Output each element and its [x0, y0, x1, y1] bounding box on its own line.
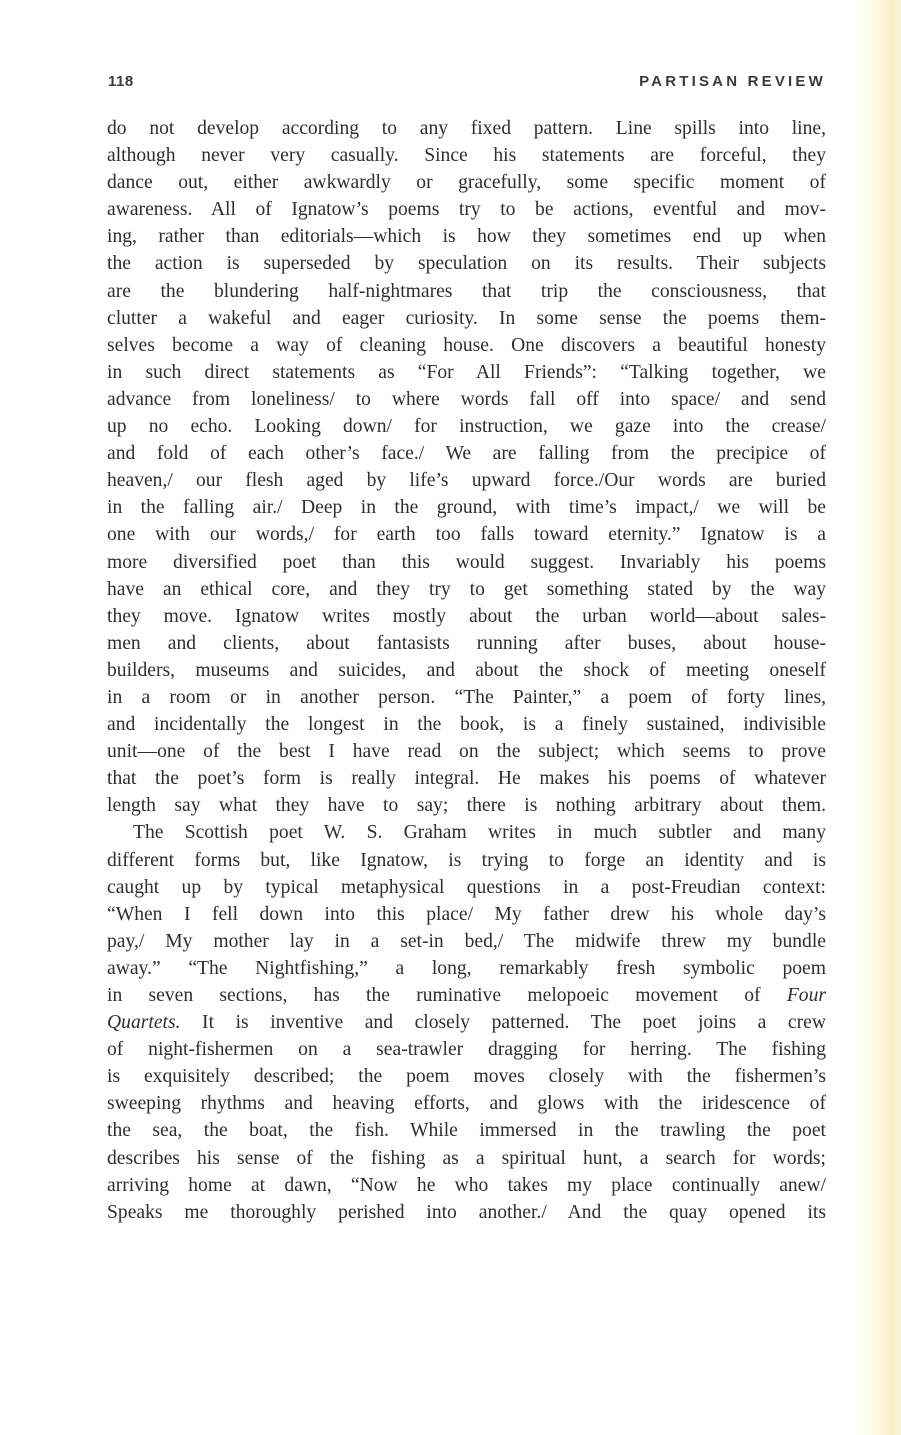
text-line: different forms but, like Ignatow, is tr…: [107, 847, 826, 874]
text-line: up no echo. Looking down/ for instructio…: [107, 413, 826, 440]
text-line: clutter a wakeful and eager curiosity. I…: [107, 305, 826, 332]
text-line: Speaks me thoroughly perished into anoth…: [107, 1199, 826, 1226]
text-line: unit—one of the best I have read on the …: [107, 738, 826, 765]
text-line: are the blundering half-nightmares that …: [107, 278, 826, 305]
text-line: and fold of each other’s face./ We are f…: [107, 440, 826, 467]
text-line: the sea, the boat, the fish. While immer…: [107, 1117, 826, 1144]
text-line: awareness. All of Ignatow’s poems try to…: [107, 196, 826, 223]
body-text: do not develop according to any fixed pa…: [107, 115, 826, 1226]
text-line: in such direct statements as “For All Fr…: [107, 359, 826, 386]
text-line: in the falling air./ Deep in the ground,…: [107, 494, 826, 521]
text-line: Quartets. It is inventive and closely pa…: [107, 1009, 826, 1036]
text-line: heaven,/ our flesh aged by life’s upward…: [107, 467, 826, 494]
italic-title: Four: [787, 985, 826, 1006]
text-line: The Scottish poet W. S. Graham writes in…: [107, 819, 826, 846]
text-line: “When I fell down into this place/ My fa…: [107, 901, 826, 928]
book-page: 118 PARTISAN REVIEW do not develop accor…: [0, 0, 901, 1435]
text-line: builders, museums and suicides, and abou…: [107, 657, 826, 684]
text-line: arriving home at dawn, “Now he who takes…: [107, 1172, 826, 1199]
paragraph-graham: The Scottish poet W. S. Graham writes in…: [107, 819, 826, 1225]
text-line: is exquisitely described; the poem moves…: [107, 1063, 826, 1090]
text-line: selves become a way of cleaning house. O…: [107, 332, 826, 359]
text-line: dance out, either awkwardly or gracefull…: [107, 169, 826, 196]
text-line: away.” “The Nightfishing,” a long, remar…: [107, 955, 826, 982]
text-line: of night-fishermen on a sea-trawler drag…: [107, 1036, 826, 1063]
text-line: and incidentally the longest in the book…: [107, 711, 826, 738]
text-line: the action is superseded by speculation …: [107, 250, 826, 277]
journal-title: PARTISAN REVIEW: [639, 73, 826, 90]
text-line: one with our words,/ for earth too falls…: [107, 521, 826, 548]
text-line: more diversified poet than this would su…: [107, 549, 826, 576]
text-line: men and clients, about fantasists runnin…: [107, 630, 826, 657]
text-line: they move. Ignatow writes mostly about t…: [107, 603, 826, 630]
text-line: that the poet’s form is really integral.…: [107, 765, 826, 792]
running-head: 118 PARTISAN REVIEW: [108, 73, 826, 97]
text-line: pay,/ My mother lay in a set-in bed,/ Th…: [107, 928, 826, 955]
text-line: ing, rather than editorials—which is how…: [107, 223, 826, 250]
text-line: do not develop according to any fixed pa…: [107, 115, 826, 142]
text-line: although never very casually. Since his …: [107, 142, 826, 169]
page-number: 118: [108, 73, 134, 90]
text-segment: It is inventive and closely patterned. T…: [180, 1012, 826, 1033]
text-line: length say what they have to say; there …: [107, 792, 826, 819]
text-line: caught up by typical metaphysical questi…: [107, 874, 826, 901]
text-segment: in seven sections, has the ruminative me…: [107, 985, 787, 1006]
text-line: in a room or in another person. “The Pai…: [107, 684, 826, 711]
text-line: sweeping rhythms and heaving efforts, an…: [107, 1090, 826, 1117]
text-line: in seven sections, has the ruminative me…: [107, 982, 826, 1009]
paragraph-ignatow: do not develop according to any fixed pa…: [107, 115, 826, 819]
italic-title: Quartets.: [107, 1012, 180, 1033]
text-line: advance from loneliness/ to where words …: [107, 386, 826, 413]
text-line: describes his sense of the fishing as a …: [107, 1145, 826, 1172]
text-line: have an ethical core, and they try to ge…: [107, 576, 826, 603]
